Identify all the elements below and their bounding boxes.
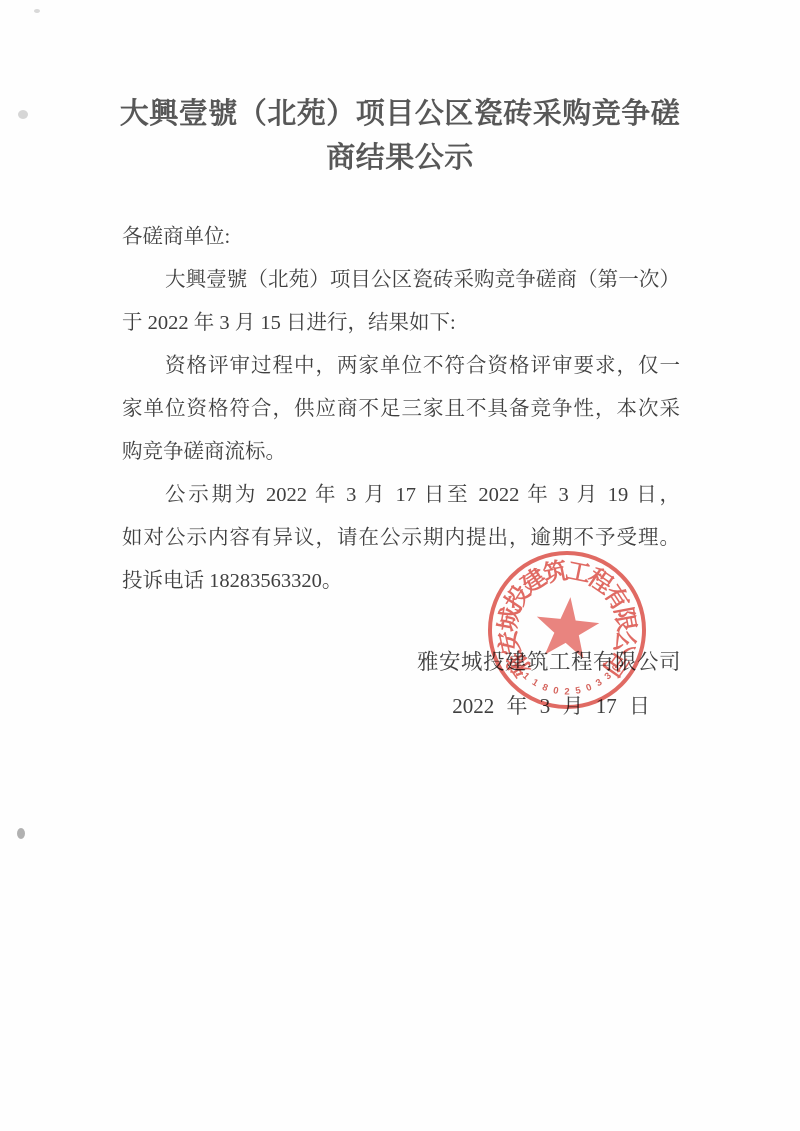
paragraph-line: 投诉电话 18283563320。	[122, 560, 680, 603]
paragraph-line: 于 2022 年 3 月 15 日进行，结果如下:	[122, 302, 680, 345]
paragraphs: 大興壹號（北苑）项目公区瓷砖采购竞争磋商（第一次）于 2022 年 3 月 15…	[122, 259, 680, 603]
page-title-line-2: 商结果公示	[0, 136, 800, 180]
signature-date: 2022 年 3 月 17 日	[452, 690, 650, 720]
seal-arc-char: 限	[609, 605, 640, 634]
paragraph-line: 资格评审过程中，两家单位不符合资格评审要求，仅一	[122, 345, 680, 388]
paragraph-line: 公示期为 2022 年 3 月 17 日至 2022 年 3 月 19 日，	[122, 474, 680, 517]
document-body: 各磋商单位: 大興壹號（北苑）项目公区瓷砖采购竞争磋商（第一次）于 2022 年…	[122, 216, 680, 603]
paragraph-line: 家单位资格符合，供应商不足三家且不具备竞争性，本次采	[122, 388, 680, 431]
signature-company: 雅安城投建筑工程有限公司	[417, 645, 681, 676]
seal-arc-char: 3	[594, 677, 604, 689]
page-title: 大興壹號（北苑）项目公区瓷砖采购竞争磋 商结果公示	[0, 92, 800, 180]
scan-artifact	[34, 9, 40, 13]
scan-artifact	[17, 828, 25, 839]
seal-arc-char: 城	[494, 605, 525, 634]
scan-artifact	[18, 110, 28, 119]
seal-arc-char: 1	[530, 677, 541, 690]
paragraph-line: 大興壹號（北苑）项目公区瓷砖采购竞争磋商（第一次）	[122, 259, 680, 302]
paragraph-line: 如对公示内容有异议，请在公示期内提出，逾期不予受理。	[122, 517, 680, 560]
page-title-line-1: 大興壹號（北苑）项目公区瓷砖采购竞争磋	[0, 92, 800, 136]
paragraph-line: 购竞争磋商流标。	[122, 431, 680, 474]
salutation: 各磋商单位:	[122, 216, 680, 259]
document-page: 大興壹號（北苑）项目公区瓷砖采购竞争磋 商结果公示 各磋商单位: 大興壹號（北苑…	[0, 0, 800, 1131]
